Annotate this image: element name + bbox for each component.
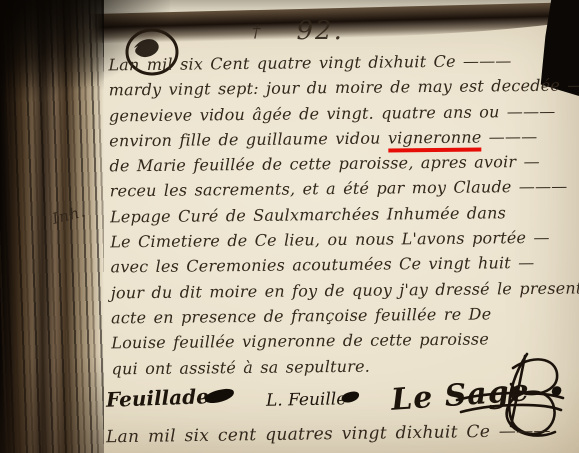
manuscript-body: Lan mil six Cent quatre vingt dixhuit Ce… (108, 48, 571, 382)
signature-feuillade: Feuillade (106, 384, 210, 412)
red-underlined-word: vigneronne (388, 127, 482, 152)
line-text-before-highlight: environ fille de guillaume vidou (109, 128, 388, 150)
line-text-after-highlight: ——— (481, 127, 537, 147)
signature-l-feuille: L. Feuille (266, 389, 347, 410)
folio-header: † 92. (252, 16, 344, 46)
cross-mark: † (252, 16, 261, 42)
manuscript-photo: † 92. Inh. Lan mil six Cent quatre vingt… (0, 0, 579, 453)
page-number: 92. (297, 16, 344, 46)
manuscript-line: jour du dit moire en foy de quoy j'ay dr… (111, 275, 571, 305)
